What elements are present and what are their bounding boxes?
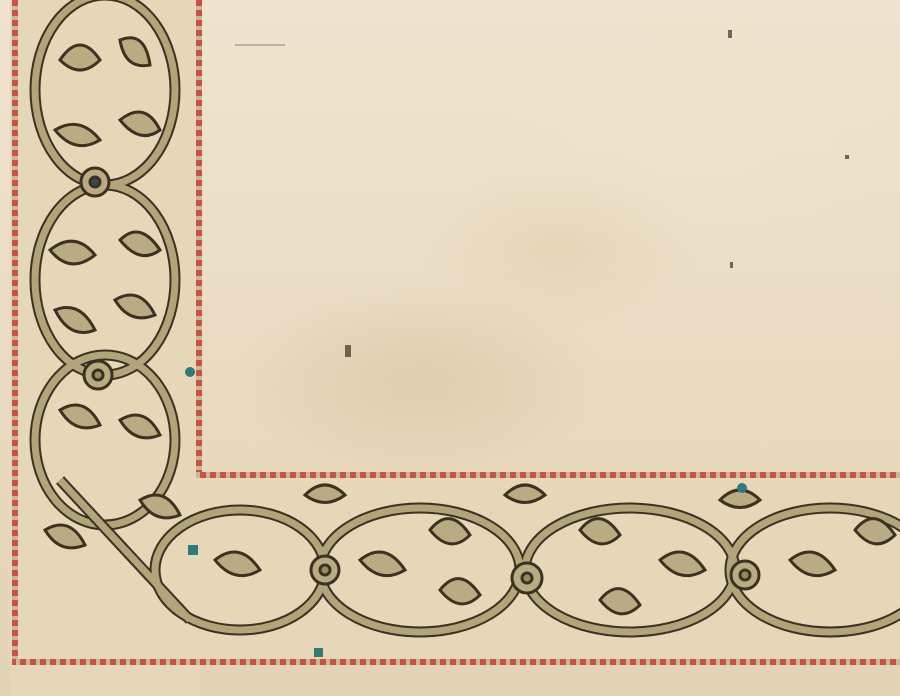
stains (235, 30, 849, 357)
embroidery-artwork (0, 0, 900, 696)
embroidered-textile-photo (0, 0, 900, 696)
outer-cord-bottom (12, 659, 900, 665)
outer-cord-left (12, 0, 18, 665)
inner-cord-left (196, 0, 202, 478)
inner-cord-bottom (196, 472, 900, 478)
